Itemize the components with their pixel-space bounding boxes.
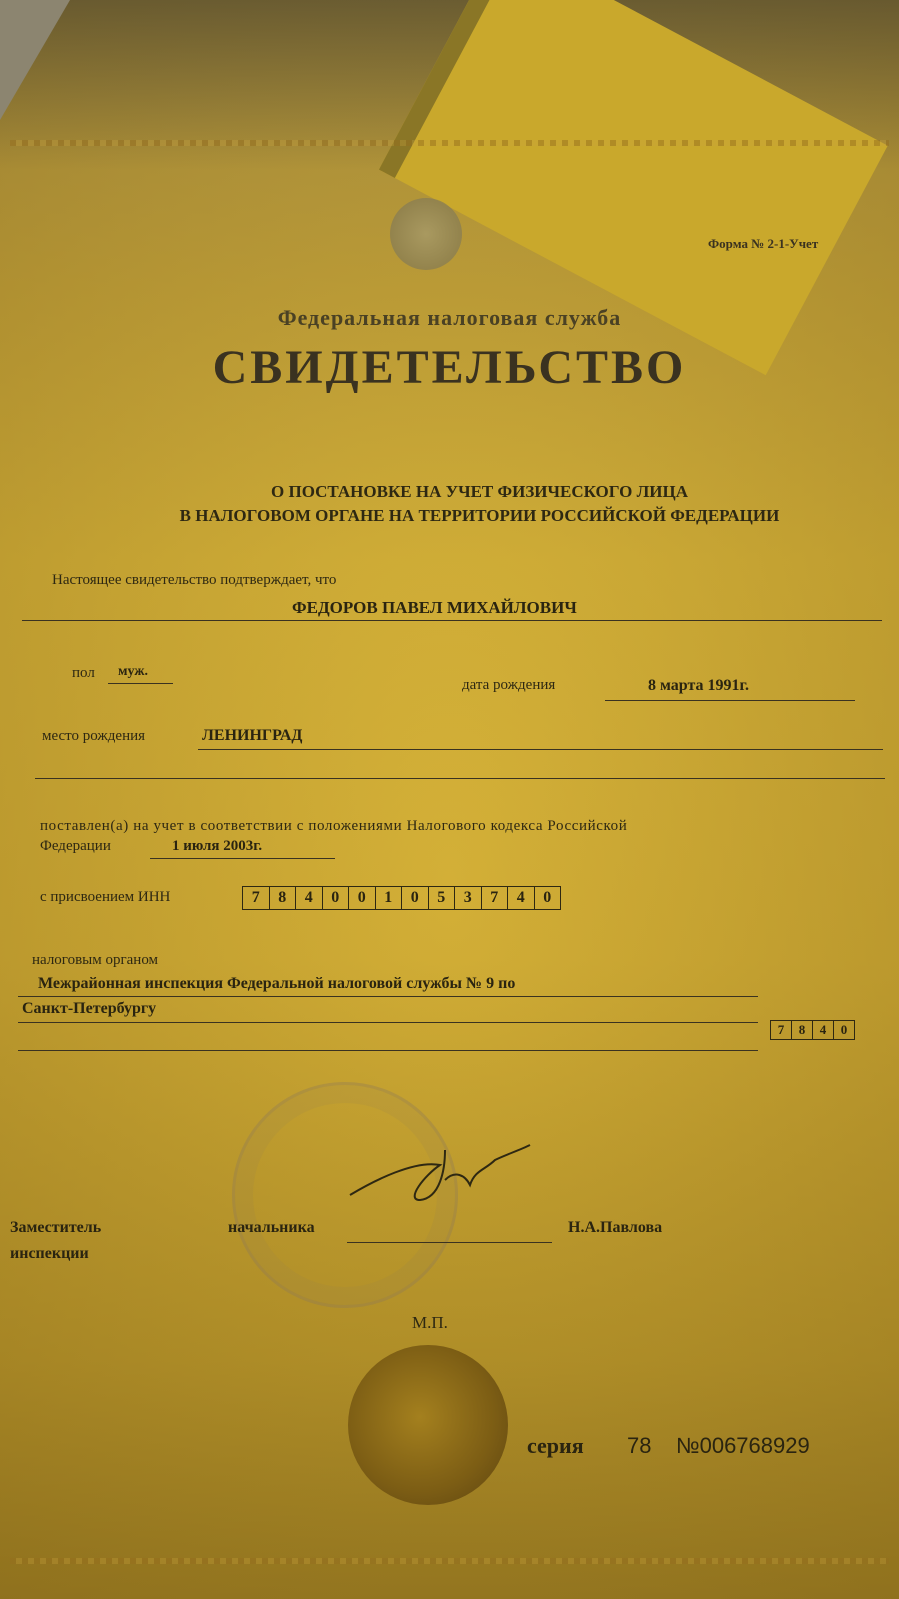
- certificate-number: №006768929: [676, 1433, 810, 1459]
- inn-digit: 0: [535, 887, 561, 909]
- registered-text-line-2: Федерации: [40, 838, 111, 855]
- birth-date-value: 8 марта 1991г.: [648, 677, 749, 695]
- stamp-place-label: М.П.: [412, 1313, 448, 1333]
- birth-place-value: ЛЕНИНГРАД: [202, 727, 302, 745]
- registered-date: 1 июля 2003г.: [172, 838, 262, 855]
- sex-label: пол: [72, 665, 95, 682]
- sex-underline: [108, 683, 173, 684]
- name-underline: [22, 620, 882, 621]
- signature-icon: [345, 1140, 535, 1210]
- signatory-title-1: Заместитель: [10, 1219, 101, 1237]
- code-digit: 0: [834, 1021, 854, 1039]
- sex-value: муж.: [118, 664, 148, 680]
- registered-text-line-1: поставлен(а) на учет в соответствии с по…: [40, 818, 885, 835]
- inn-digit: 5: [429, 887, 456, 909]
- subtitle-line-2: В НАЛОГОВОМ ОРГАНЕ НА ТЕРРИТОРИИ РОССИЙС…: [0, 506, 899, 526]
- document-title: СВИДЕТЕЛЬСТВО: [0, 340, 899, 395]
- emblem-icon: [390, 198, 462, 270]
- inn-grid: 7 8 4 0 0 1 0 5 3 7 4 0: [242, 886, 561, 910]
- inn-digit: 7: [243, 887, 270, 909]
- ornamental-border-top: [10, 140, 889, 146]
- inn-label: с присвоением ИНН: [40, 889, 170, 906]
- inn-digit: 1: [376, 887, 403, 909]
- code-digit: 7: [771, 1021, 792, 1039]
- birth-date-label: дата рождения: [462, 677, 555, 694]
- inn-digit: 0: [349, 887, 376, 909]
- inn-digit: 8: [270, 887, 297, 909]
- signatory-title-3: инспекции: [10, 1245, 89, 1263]
- inn-digit: 3: [455, 887, 482, 909]
- authority-line-2: Санкт-Петербургу: [22, 1000, 156, 1018]
- birth-place-underline: [198, 749, 883, 750]
- birth-date-underline: [605, 700, 855, 701]
- registered-date-underline: [150, 858, 335, 859]
- signature-underline: [347, 1242, 552, 1243]
- birth-place-label: место рождения: [42, 728, 145, 745]
- full-name: ФЕДОРОВ ПАВЕЛ МИХАЙЛОВИЧ: [292, 598, 577, 618]
- inn-digit: 0: [323, 887, 350, 909]
- issuer-name: Федеральная налоговая служба: [0, 305, 899, 331]
- inn-digit: 7: [482, 887, 509, 909]
- authority-line-1: Межрайонная инспекция Федеральной налого…: [38, 975, 515, 993]
- signatory-title-2: начальника: [228, 1219, 315, 1237]
- series-value: 78: [627, 1433, 651, 1459]
- inn-digit: 4: [508, 887, 535, 909]
- series-label: серия: [527, 1433, 584, 1459]
- confirms-label: Настоящее свидетельство подтверждает, чт…: [52, 572, 336, 589]
- authority-code-grid: 7 8 4 0: [770, 1020, 855, 1040]
- inn-digit: 4: [296, 887, 323, 909]
- code-digit: 4: [813, 1021, 834, 1039]
- ornamental-border-bottom: [10, 1558, 889, 1564]
- code-digit: 8: [792, 1021, 813, 1039]
- inn-digit: 0: [402, 887, 429, 909]
- form-number: Форма № 2-1-Учет: [708, 236, 818, 252]
- hologram-seal-icon: [348, 1345, 508, 1505]
- subtitle-line-1: О ПОСТАНОВКЕ НА УЧЕТ ФИЗИЧЕСКОГО ЛИЦА: [0, 482, 899, 502]
- authority-label: налоговым органом: [32, 952, 158, 969]
- signatory-name: Н.А.Павлова: [568, 1219, 662, 1237]
- authority-underline-3: [18, 1050, 758, 1051]
- authority-underline-1: [18, 996, 758, 997]
- birth-place-underline-2: [35, 778, 885, 779]
- authority-underline-2: [18, 1022, 758, 1023]
